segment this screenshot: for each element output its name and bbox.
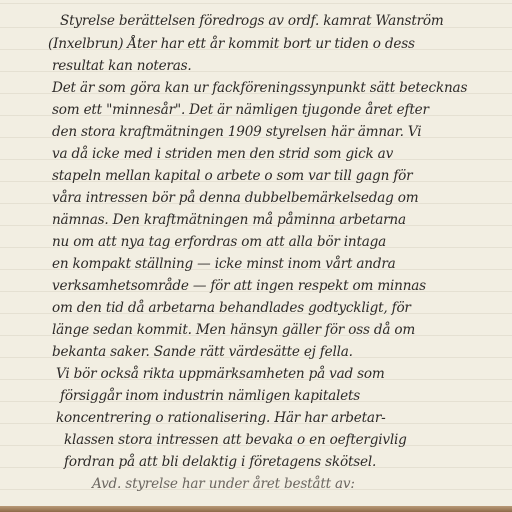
text-line: verksamhetsområde — för att ingen respek… — [52, 278, 426, 294]
text-line: nu om att nya tag erfordras om att alla … — [52, 234, 386, 250]
text-line: våra intressen bör på denna dubbelbemärk… — [52, 190, 418, 206]
text-line: som ett "minnesår". Det är nämligen tjug… — [52, 102, 429, 118]
text-line: den stora kraftmätningen 1909 styrelsen … — [52, 124, 421, 140]
text-line: stapeln mellan kapital o arbete o som va… — [52, 168, 412, 184]
text-line: klassen stora intressen att bevaka o en … — [64, 432, 407, 448]
handwritten-text-block: Styrelse berättelsen föredrogs av ordf. … — [0, 0, 512, 506]
text-line: nämnas. Den kraftmätningen må påminna ar… — [52, 212, 406, 228]
text-line: resultat kan noteras. — [52, 58, 192, 74]
text-line: fordran på att bli delaktig i företagens… — [64, 454, 376, 470]
text-line: Det är som göra kan ur fackföreningssynp… — [52, 80, 467, 96]
text-line: om den tid då arbetarna behandlades godt… — [52, 300, 411, 316]
text-line: försiggår inom industrin nämligen kapita… — [60, 388, 360, 404]
text-line: Vi bör också rikta uppmärksamheten på va… — [56, 366, 385, 382]
text-line: länge sedan kommit. Men hänsyn gäller fö… — [52, 322, 415, 338]
text-line: (Inxelbrun) Åter har ett år kommit bort … — [48, 36, 415, 52]
text-line: en kompakt ställning — icke minst inom v… — [52, 256, 396, 272]
text-line: koncentrering o rationalisering. Här har… — [56, 410, 386, 426]
text-line: Avd. styrelse har under året bestått av: — [92, 476, 355, 492]
text-line: bekanta saker. Sande rätt värdesätte ej … — [52, 344, 353, 360]
page-bottom-edge — [0, 506, 512, 512]
text-line: va då icke med i striden men den strid s… — [52, 146, 393, 162]
text-line: Styrelse berättelsen föredrogs av ordf. … — [60, 13, 444, 29]
